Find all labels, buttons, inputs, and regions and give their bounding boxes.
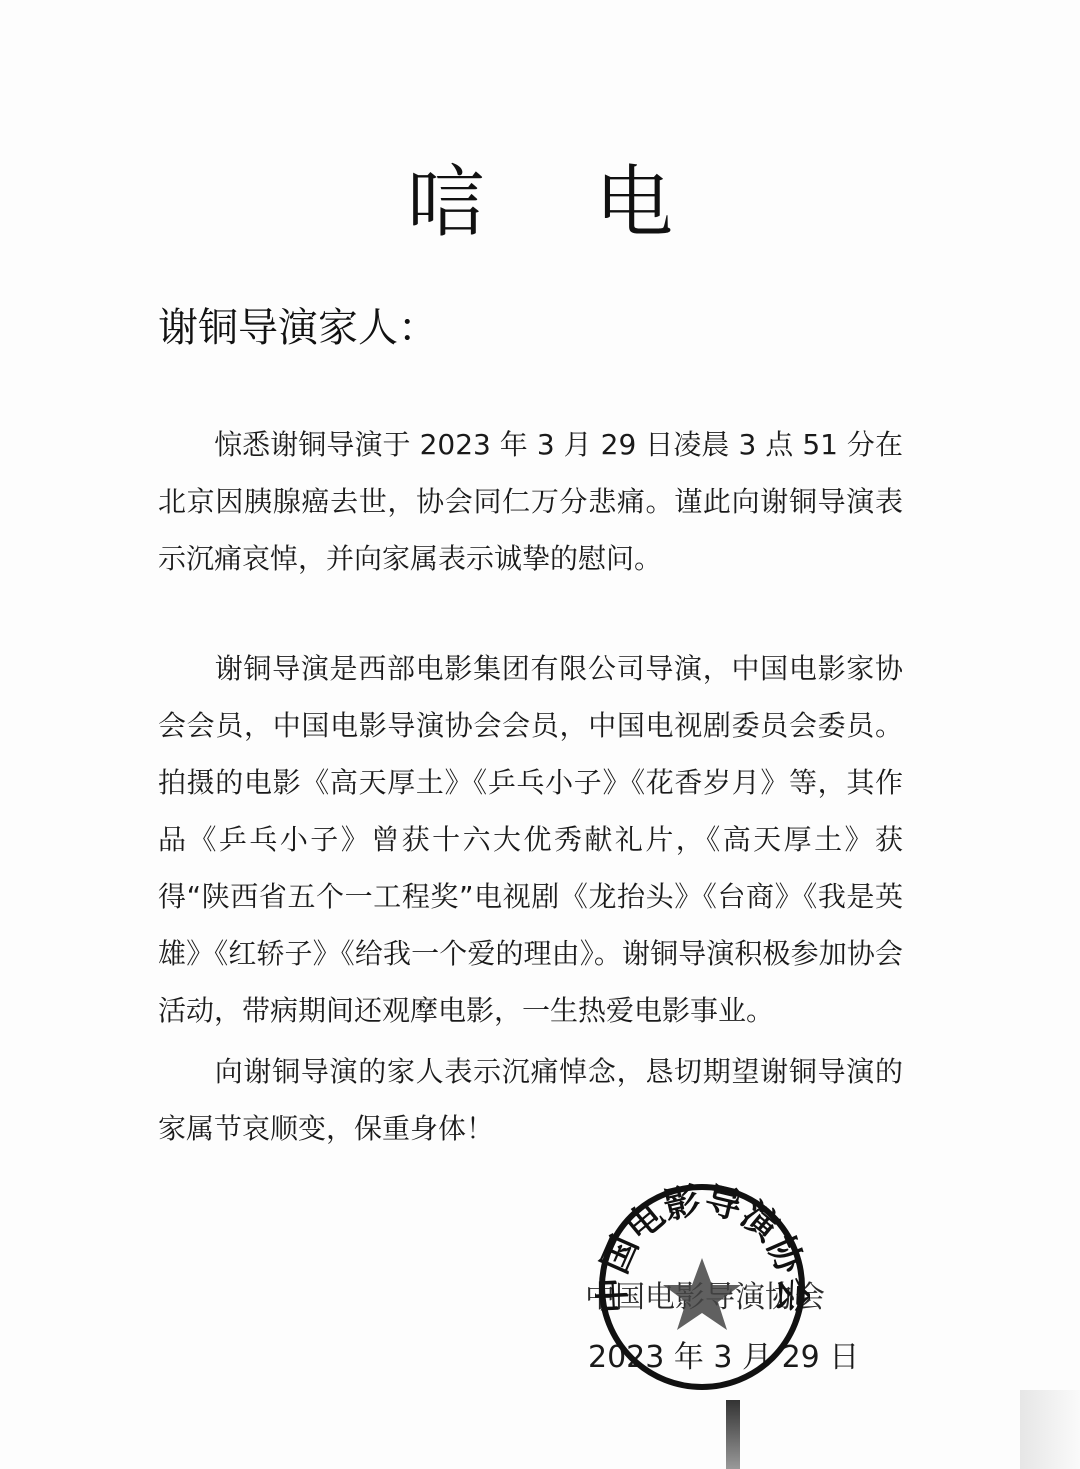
scan-edge — [1020, 1390, 1080, 1469]
paragraph-1-text: 惊悉谢铜导演于 2023 年 3 月 29 日凌晨 3 点 51 分在北京因胰腺… — [158, 428, 903, 575]
paragraph-3-text: 向谢铜导演的家人表示沉痛悼念，恳切期望谢铜导演的家属节哀顺变，保重身体！ — [158, 1055, 903, 1145]
salutation: 谢铜导演家人： — [158, 296, 438, 353]
condolence-letter-page: 唁电 谢铜导演家人： 惊悉谢铜导演于 2023 年 3 月 29 日凌晨 3 点… — [0, 0, 1080, 1469]
paragraph-3: 向谢铜导演的家人表示沉痛悼念，恳切期望谢铜导演的家属节哀顺变，保重身体！ — [158, 1043, 903, 1157]
star-icon — [663, 1258, 741, 1330]
official-seal: 中国电影导演协会 — [595, 1180, 810, 1395]
paragraph-2: 谢铜导演是西部电影集团有限公司导演，中国电影家协会会员，中国电影导演协会会员，中… — [158, 640, 903, 1039]
scan-artifact — [726, 1400, 740, 1469]
paragraph-2-text: 谢铜导演是西部电影集团有限公司导演，中国电影家协会会员，中国电影导演协会会员，中… — [158, 652, 903, 1027]
document-title: 唁电 — [0, 140, 1080, 252]
paragraph-1: 惊悉谢铜导演于 2023 年 3 月 29 日凌晨 3 点 51 分在北京因胰腺… — [158, 416, 903, 587]
